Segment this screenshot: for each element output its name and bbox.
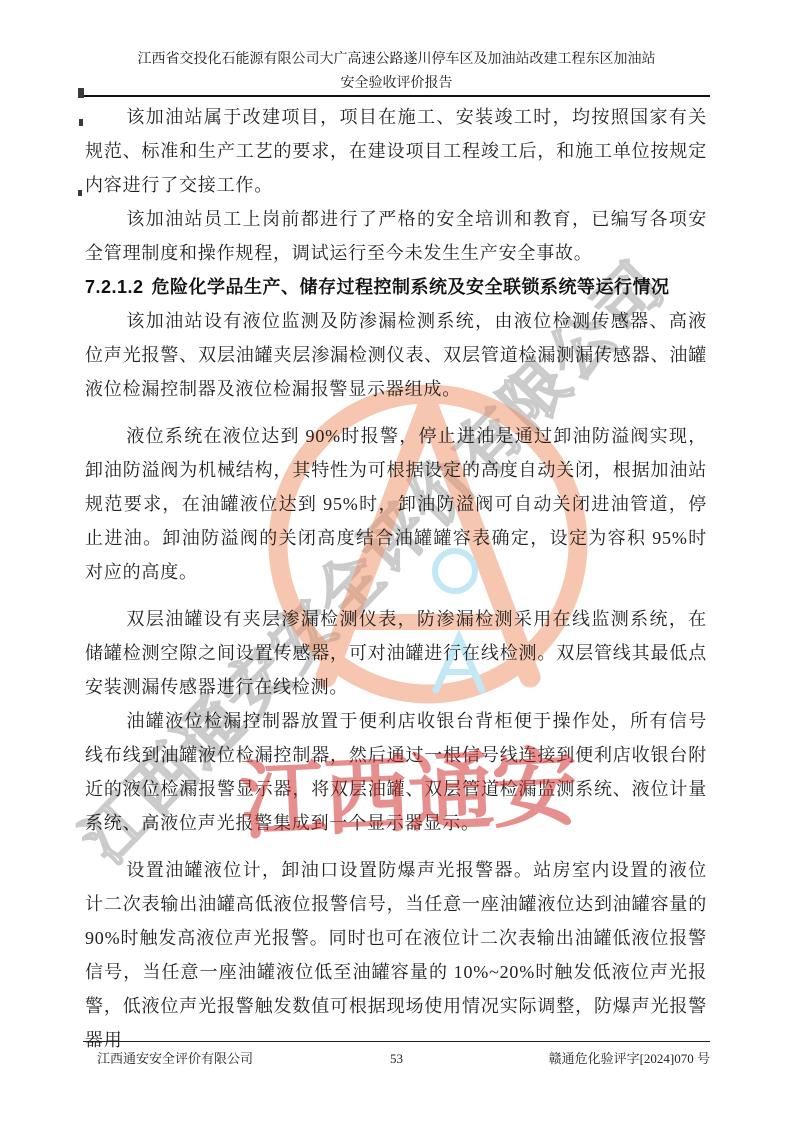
header-title-line1: 江西省交投化石能源有限公司大广高速公路遂川停车区及加油站改建工程东区加油站	[83, 48, 710, 72]
paragraph: 该加油站设有液位监测及防渗漏检测系统，由液位检测传感器、高液位声光报警、双层油罐…	[85, 304, 707, 406]
section-title: 危险化学品生产、储存过程控制系统及安全联锁系统等运行情况	[152, 277, 670, 297]
header-title-line2: 安全验收评价报告	[83, 72, 710, 96]
paragraph: 双层油罐设有夹层渗漏检测仪表，防渗漏检测采用在线监测系统，在储罐检测空隙之间设置…	[85, 602, 707, 704]
watermark-red-stamp-text: 江西通安	[238, 741, 578, 850]
paragraph: 液位系统在液位达到 90%时报警，停止进油是通过卸油防溢阀实现，卸油防溢阀为机械…	[85, 419, 707, 589]
document-body: 该加油站属于改建项目，项目在施工、安装竣工时，均按照国家有关规范、标准和生产工艺…	[85, 100, 707, 1057]
paragraph: 该加油站属于改建项目，项目在施工、安装竣工时，均按照国家有关规范、标准和生产工艺…	[85, 100, 707, 202]
paragraph: 设置油罐液位计，卸油口设置防爆声光报警器。站房室内设置的液位计二次表输出油罐高低…	[85, 853, 707, 1057]
scan-artifact	[79, 119, 83, 126]
scan-artifact	[78, 88, 84, 98]
header-divider	[83, 95, 710, 97]
section-heading: 7.2.1.2危险化学品生产、储存过程控制系统及安全联锁系统等运行情况	[85, 270, 707, 304]
page-header: 江西省交投化石能源有限公司大广高速公路遂川停车区及加油站改建工程东区加油站 安全…	[83, 48, 710, 96]
section-number: 7.2.1.2	[85, 277, 144, 297]
paragraph: 该加油站员工上岗前都进行了严格的安全培训和教育，已编写各项安全管理制度和操作规程…	[85, 202, 707, 270]
report-page: 江西通安安全评价有限公司 江西省交投化石能源有限公司大广高速公路遂川停车区及加油…	[0, 0, 794, 1123]
scan-artifact	[78, 190, 82, 196]
